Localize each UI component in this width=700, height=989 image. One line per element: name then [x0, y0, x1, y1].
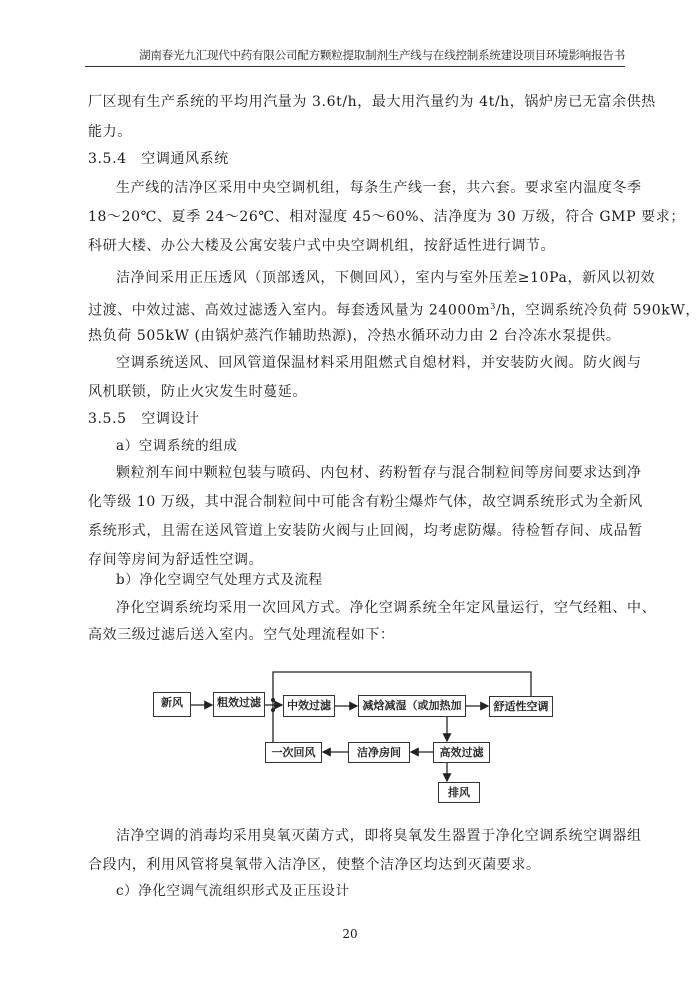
- node-primary-return: 一次回风: [265, 742, 322, 763]
- paragraph-line: 存间等房间为舒适性空调。: [88, 551, 263, 569]
- node-fresh-air: 新风: [153, 692, 191, 717]
- paragraph-line: 洁净空调的消毒均采用臭氧灭菌方式，即将臭氧发生器置于净化空调系统空调器组: [116, 827, 642, 845]
- paragraph-line: 颗粒剂车间中颗粒包装与喷码、内包材、药粉暂存与混合制粒间等房间要求达到净: [116, 464, 642, 482]
- paragraph-line: 系统形式，且需在送风管道上安装防火阀与止回阀，均考虑防爆。待检暂存间、成品暂: [88, 522, 643, 540]
- node-clean-room: 洁净房间: [348, 742, 410, 763]
- node-hepa-filter: 高效过滤: [433, 742, 490, 763]
- paragraph-line: 厂区现有生产系统的平均用汽量为 3.6t/h，最大用汽量约为 4t/h，锅炉房已…: [88, 93, 656, 111]
- paragraph-line: 洁净间采用正压透风（顶部透风，下侧回风），室内与室外压差≥10Pa，新风以初效: [116, 269, 655, 287]
- subheading-b: b）净化空调空气处理方式及流程: [116, 571, 323, 589]
- text-span: /h，空调系统冷负荷 590kW，: [496, 303, 700, 319]
- node-comfort-ac: 舒适性空调: [489, 696, 553, 717]
- junction-dot: [271, 698, 275, 702]
- section-heading-3-5-5: 3.5.5 空调设计: [88, 410, 200, 428]
- node-exhaust: 排风: [438, 782, 480, 803]
- document-header: 湖南春光九汇现代中药有限公司配方颗粒提取制剂生产线与在线控制系统建设项目环境影响…: [85, 46, 625, 67]
- junction-dot: [271, 708, 275, 712]
- paragraph-line: 合段内，利用风管将臭氧带入洁净区，使整个洁净区均达到灭菌要求。: [88, 856, 541, 874]
- paragraph-line: 风机联锁，防止火灾发生时蔓延。: [88, 383, 307, 401]
- node-medium-filter: 中效过滤: [283, 695, 335, 717]
- page-number: 20: [0, 927, 700, 941]
- subheading-c: c）净化空调气流组织形式及正压设计: [116, 882, 350, 900]
- paragraph-line: 空调系统送风、回风管道保温材料采用阻燃式自熄材料，并安装防火阀。防火阀与: [116, 354, 642, 372]
- section-heading-3-5-4: 3.5.4 空调通风系统: [88, 150, 229, 168]
- paragraph-line: 高效三级过滤后送入室内。空气处理流程如下：: [88, 626, 395, 644]
- paragraph-line: 能力。: [88, 123, 132, 141]
- paragraph-line: 热负荷 505kW (由锅炉蒸汽作辅助热源)，冷热水循环动力由 2 台冷冻水泵提…: [88, 327, 620, 345]
- subheading-a: a）空调系统的组成: [116, 437, 237, 455]
- paragraph-line: 化等级 10 万级，其中混合制粒间中可能含有粉尘爆炸气体，故空调系统形式为全新风: [88, 493, 643, 511]
- node-cool-dehumidify: 减焓减湿（或加热加: [358, 695, 466, 717]
- paragraph-line: 科研大楼、办公大楼及公寓安装户式中央空调机组，按舒适性进行调节。: [88, 237, 555, 255]
- node-coarse-filter: 粗效过滤: [213, 692, 265, 717]
- paragraph-line: 过渡、中效过滤、高效过滤透入室内。每套透风量为 24000m3/h，空调系统冷负…: [88, 298, 700, 320]
- text-span: 过渡、中效过滤、高效过滤透入室内。每套透风量为 24000m: [88, 303, 490, 319]
- paragraph-line: 净化空调系统均采用一次回风方式。净化空调系统全年定风量运行，空气经粗、中、: [116, 599, 656, 617]
- paragraph-line: 生产线的洁净区采用中央空调机组，每条生产线一套，共六套。要求室内温度冬季: [116, 179, 642, 197]
- paragraph-line: 18～20℃、夏季 24～26℃、相对湿度 45～60%、洁净度为 30 万级，…: [88, 208, 685, 226]
- header-title: 湖南春光九汇现代中药有限公司配方颗粒提取制剂生产线与在线控制系统建设项目环境影响…: [139, 48, 625, 62]
